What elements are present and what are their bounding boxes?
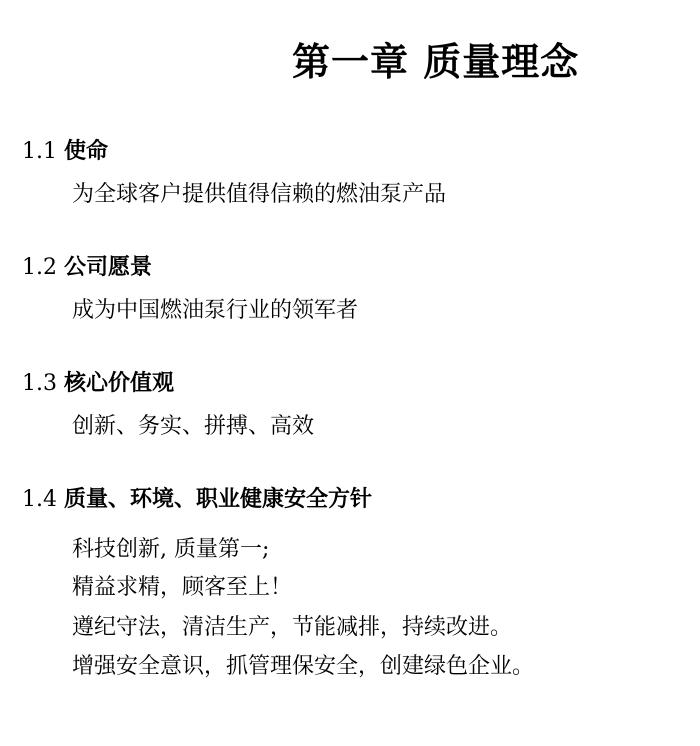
policy-line: 遵纪守法，清洁生产，节能减排，持续改进。 xyxy=(72,613,512,643)
section-heading-policy: 1.4 质量、环境、职业健康安全方针 xyxy=(22,485,372,515)
chapter-title: 第一章 质量理念 xyxy=(292,38,579,86)
section-heading-mission: 1.1 使命 xyxy=(22,137,108,167)
section-heading-core-values: 1.3 核心价值观 xyxy=(22,369,174,399)
section-number: 1.2 xyxy=(22,255,57,280)
mission-text: 为全球客户提供值得信赖的燃油泵产品 xyxy=(72,180,446,210)
policy-line: 科技创新, 质量第一; xyxy=(72,535,269,565)
section-title: 核心价值观 xyxy=(64,371,174,396)
section-heading-vision: 1.2 公司愿景 xyxy=(22,253,152,283)
core-values-text: 创新、务实、拼搏、高效 xyxy=(72,412,314,442)
section-title: 质量、环境、职业健康安全方针 xyxy=(64,487,372,512)
section-number: 1.3 xyxy=(22,371,57,396)
section-title: 公司愿景 xyxy=(64,255,152,280)
section-number: 1.4 xyxy=(22,487,57,512)
vision-text: 成为中国燃油泵行业的领军者 xyxy=(72,296,358,326)
policy-line: 增强安全意识，抓管理保安全，创建绿色企业。 xyxy=(72,652,534,682)
section-number: 1.1 xyxy=(22,139,57,164)
policy-line: 精益求精，顾客至上！ xyxy=(72,573,292,603)
section-title: 使命 xyxy=(64,139,108,164)
document-page: 第一章 质量理念 1.1 使命 为全球客户提供值得信赖的燃油泵产品 1.2 公司… xyxy=(0,0,700,746)
